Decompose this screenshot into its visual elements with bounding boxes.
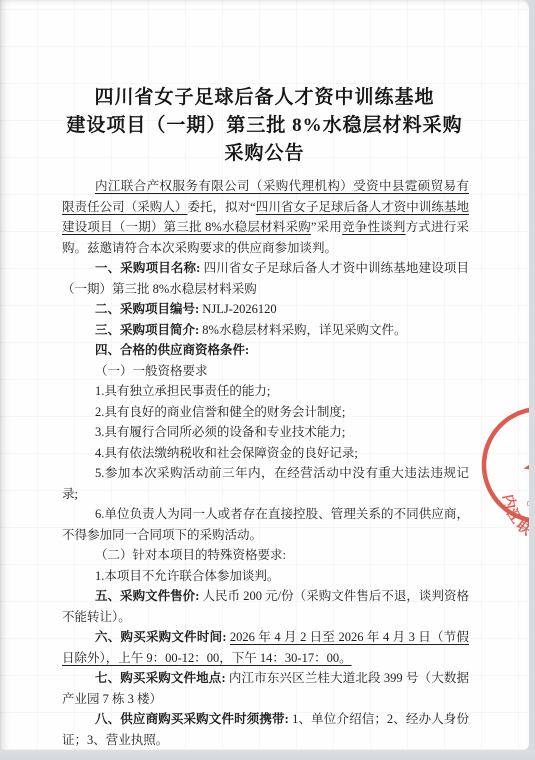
title-line-1: 四川省女子足球后备人才资中训练基地 — [0, 84, 529, 112]
section-label: 七、购买采购文件地点: — [95, 671, 229, 685]
title-line-3: 采购公告 — [0, 140, 529, 168]
general-requirement-item: 2.具有良好的商业信誉和健全的财务会计制度; — [62, 402, 469, 423]
document-title: 四川省女子足球后备人才资中训练基地 建设项目（一期）第三批 8%水稳层材料采购 … — [0, 84, 529, 168]
general-requirement-item: 4.具有依法缴纳税收和社会保障资金的良好记录; — [62, 443, 469, 464]
section-label: 八、供应商购买采购文件时须携带: — [95, 712, 292, 726]
general-requirement-item: 6.单位负责人为同一人或者存在直接控股、管理关系的不同供应商，不得参加同一合同项… — [62, 504, 469, 545]
section-qualification: 四、合格的供应商资格条件: — [62, 340, 469, 361]
special-requirements-heading: （二）针对本项目的特殊资格要求: — [62, 545, 469, 566]
scanner-background-strip — [0, 750, 535, 760]
seal-ring — [469, 394, 529, 535]
intro-text-2: ”采用 — [311, 220, 342, 234]
section-document-price: 五、采购文件售价:人民币 200 元/份（采购文件售后不退，谈判资格不能转让）。 — [62, 586, 469, 627]
intro-paragraph: 内江联合产权服务有限公司（采购代理机构）受资中县霓硕贸易有限责任公司（采购人）委… — [62, 176, 469, 258]
section-value: 8%水稳层材料采购，详见采购文件。 — [202, 323, 406, 337]
general-requirement-item: 1.具有独立承担民事责任的能力; — [62, 381, 469, 402]
document-page: 四川省女子足球后备人才资中训练基地 建设项目（一期）第三批 8%水稳层材料采购 … — [0, 0, 529, 750]
special-requirement-item: 1.本项目不允许联合体参加谈判。 — [62, 566, 469, 587]
general-requirements-heading: （一）一般资格要求 — [62, 361, 469, 382]
section-label: 五、采购文件售价: — [95, 589, 203, 603]
document-body: 内江联合产权服务有限公司（采购代理机构）受资中县霓硕贸易有限责任公司（采购人）委… — [62, 176, 469, 750]
svg-text:0707150: 0707150 — [524, 488, 529, 516]
section-label: 一、采购项目名称: — [95, 261, 204, 275]
seal-serial-number: 0707150 — [524, 488, 529, 516]
section-purchase-time: 六、购买采购文件时间:2026 年 4 月 2 日至 2026 年 4 月 3 … — [62, 627, 469, 668]
intro-text-1: 委托，拟对“ — [187, 200, 255, 214]
project-number-value: NJLJ-2026120 — [202, 302, 276, 316]
section-label: 三、采购项目简介: — [95, 323, 202, 337]
scanned-document: 四川省女子足球后备人才资中训练基地 建设项目（一期）第三批 8%水稳层材料采购 … — [0, 0, 535, 760]
procurement-method: 竞争性谈判 — [342, 220, 406, 234]
section-required-items: 八、供应商购买采购文件时须携带:1、单位介绍信；2、经办人身份证；3、营业执照。 — [62, 709, 469, 750]
general-requirement-item: 3.具有履行合同所必须的设备和专业技术能力; — [62, 422, 469, 443]
section-project-number: 二、采购项目编号:NJLJ-2026120 — [62, 299, 469, 320]
general-requirement-item: 5.参加本次采购活动前三年内，在经营活动中没有重大违法违规记录; — [62, 463, 469, 504]
section-label: 四、合格的供应商资格条件: — [95, 343, 249, 357]
section-project-brief: 三、采购项目简介:8%水稳层材料采购，详见采购文件。 — [62, 320, 469, 341]
seal-star-icon — [517, 442, 529, 485]
section-purchase-place: 七、购买采购文件地点:内江市东兴区兰桂大道北段 399 号（大数据产业园 7 栋… — [62, 668, 469, 709]
section-project-name: 一、采购项目名称:四川省女子足球后备人才资中训练基地建设项目（一期）第三批 8%… — [62, 258, 469, 299]
section-label: 二、采购项目编号: — [95, 302, 202, 316]
title-line-2: 建设项目（一期）第三批 8%水稳层材料采购 — [0, 112, 529, 140]
section-label: 六、购买采购文件时间: — [95, 630, 230, 644]
